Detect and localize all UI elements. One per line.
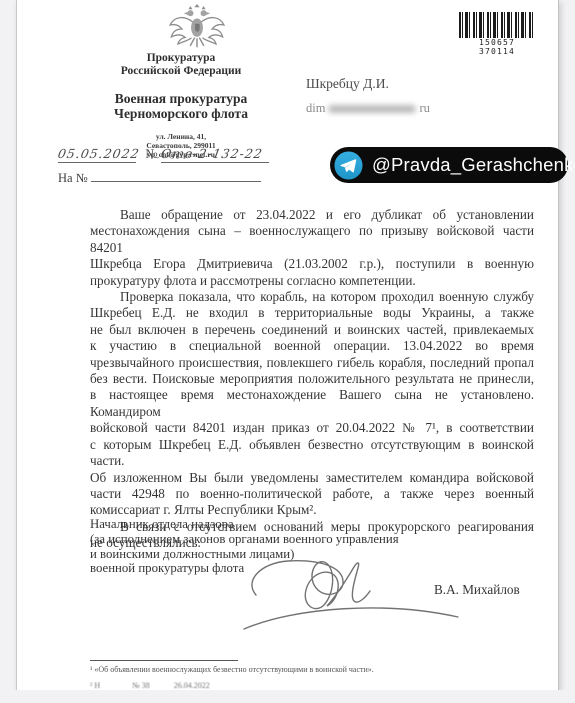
email-visible-suffix: ru bbox=[419, 101, 429, 116]
footnote-2-clipped: ² Н № 38 26.04.2022 bbox=[90, 681, 390, 690]
body-line: с которым Шкребец Е.Д. объявлен безвестн… bbox=[90, 437, 534, 470]
org-name-line2: Российской Федерации bbox=[51, 65, 311, 78]
org-name-line1: Прокуратура bbox=[51, 52, 311, 65]
email-visible-prefix: dim bbox=[306, 101, 325, 116]
address-street: ул. Ленина, 41, bbox=[51, 132, 311, 141]
body-line: Ваше обращение от 23.04.2022 и его дубли… bbox=[90, 207, 534, 223]
signer-position-line: Начальник отдела надзора bbox=[90, 517, 399, 532]
body-line: местонахождения сына – военнослужащего п… bbox=[90, 223, 534, 256]
body-line: войсковой части 84201 издан приказ от 20… bbox=[90, 420, 534, 436]
signer-name: В.А. Михайлов bbox=[434, 582, 520, 598]
reference-row: На № bbox=[58, 169, 261, 186]
addressee-name: Шкребцу Д.И. bbox=[306, 76, 526, 92]
addressee-block: Шкребцу Д.И. dim ru bbox=[306, 76, 526, 116]
addressee-email-redacted: dim ru bbox=[306, 101, 526, 116]
handwritten-signature bbox=[236, 545, 466, 637]
handwritten-date: 05.05.2022 bbox=[57, 146, 141, 161]
body-line: Об изложенном Вы были уведомлены замести… bbox=[90, 470, 534, 486]
registration-barcode: 150657 370114 bbox=[459, 12, 535, 56]
barcode-digits: 150657 370114 bbox=[459, 38, 535, 56]
email-blur-redaction bbox=[328, 105, 416, 113]
body-line: прокуратуру флота и рассмотрены согласно… bbox=[90, 273, 534, 289]
reference-blank-line bbox=[91, 169, 261, 182]
barcode-stripes bbox=[459, 12, 535, 38]
body-line: Шкребец Е.Д. не входил в территориальные… bbox=[90, 305, 534, 321]
handwritten-number: Отв-2-132-22 bbox=[160, 146, 264, 161]
letterhead: Прокуратура Российской Федерации Военная… bbox=[51, 52, 311, 159]
body-line: чрезвычайного происшествия, повлекшего г… bbox=[90, 355, 534, 371]
date-number-row: 05.05.2022 № Отв-2-132-22 bbox=[58, 146, 308, 163]
page-bottom-margin bbox=[0, 690, 575, 703]
unit-name-line1: Военная прокуратура bbox=[51, 91, 311, 106]
footnote-1: ¹ «Об объявлении военнослужащих безвестн… bbox=[90, 665, 520, 674]
footnote-rule bbox=[90, 660, 238, 661]
telegram-icon bbox=[334, 151, 363, 180]
letter-body: Ваше обращение от 23.04.2022 и его дубли… bbox=[90, 207, 534, 552]
reference-label: На № bbox=[58, 171, 88, 185]
body-line: не был включен в перечень соединений и в… bbox=[90, 322, 534, 338]
body-line: к участию в специальной военной операции… bbox=[90, 338, 534, 354]
body-line: Проверка показала, что корабль, на котор… bbox=[90, 289, 534, 305]
unit-name-line2: Черноморского флота bbox=[51, 106, 311, 121]
body-line: части 42948 по военно-политической работ… bbox=[90, 486, 534, 502]
russia-eagle-emblem-icon bbox=[165, 4, 229, 50]
telegram-channel-watermark: @Pravda_Gerashchenko bbox=[330, 147, 568, 183]
number-sign: № bbox=[145, 146, 157, 161]
body-line: без вести. Поисковые мероприятия положит… bbox=[90, 371, 534, 387]
telegram-handle: @Pravda_Gerashchenko bbox=[372, 154, 575, 176]
letter-page: Прокуратура Российской Федерации Военная… bbox=[16, 0, 559, 691]
body-line: в настоящее время местонахождение Вашего… bbox=[90, 387, 534, 420]
body-line: Шкребца Егора Дмитриевича (21.03.2002 г.… bbox=[90, 256, 534, 272]
